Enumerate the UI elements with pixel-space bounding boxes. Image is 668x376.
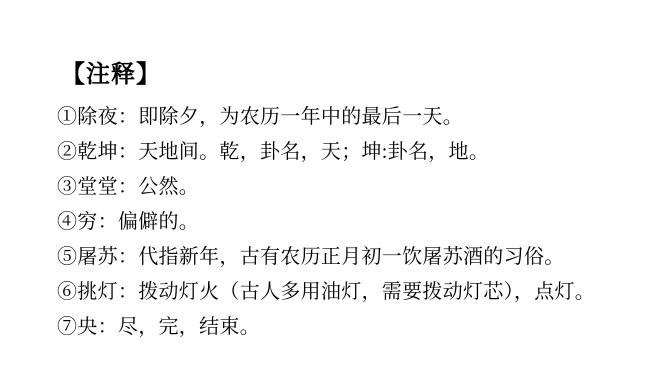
note-item-5: ⑤屠苏：代指新年，古有农历正月初一饮屠苏酒的习俗。: [57, 240, 638, 275]
note-item-3: ③堂堂：公然。: [57, 170, 638, 205]
notes-list: ①除夜：即除夕，为农历一年中的最后一天。 ②乾坤：天地间。乾，卦名，天；坤:卦名…: [57, 100, 638, 345]
note-item-2: ②乾坤：天地间。乾，卦名，天；坤:卦名，地。: [57, 135, 638, 170]
note-item-4: ④穷：偏僻的。: [57, 205, 638, 240]
note-item-7: ⑦央：尽，完，结束。: [57, 310, 638, 345]
note-item-1: ①除夜：即除夕，为农历一年中的最后一天。: [57, 100, 638, 135]
page-title: 【注释】: [57, 60, 638, 90]
note-item-6: ⑥挑灯：拨动灯火（古人多用油灯，需要拨动灯芯），点灯。: [57, 275, 638, 310]
annotation-page: 【注释】 ①除夜：即除夕，为农历一年中的最后一天。 ②乾坤：天地间。乾，卦名，天…: [0, 0, 668, 376]
